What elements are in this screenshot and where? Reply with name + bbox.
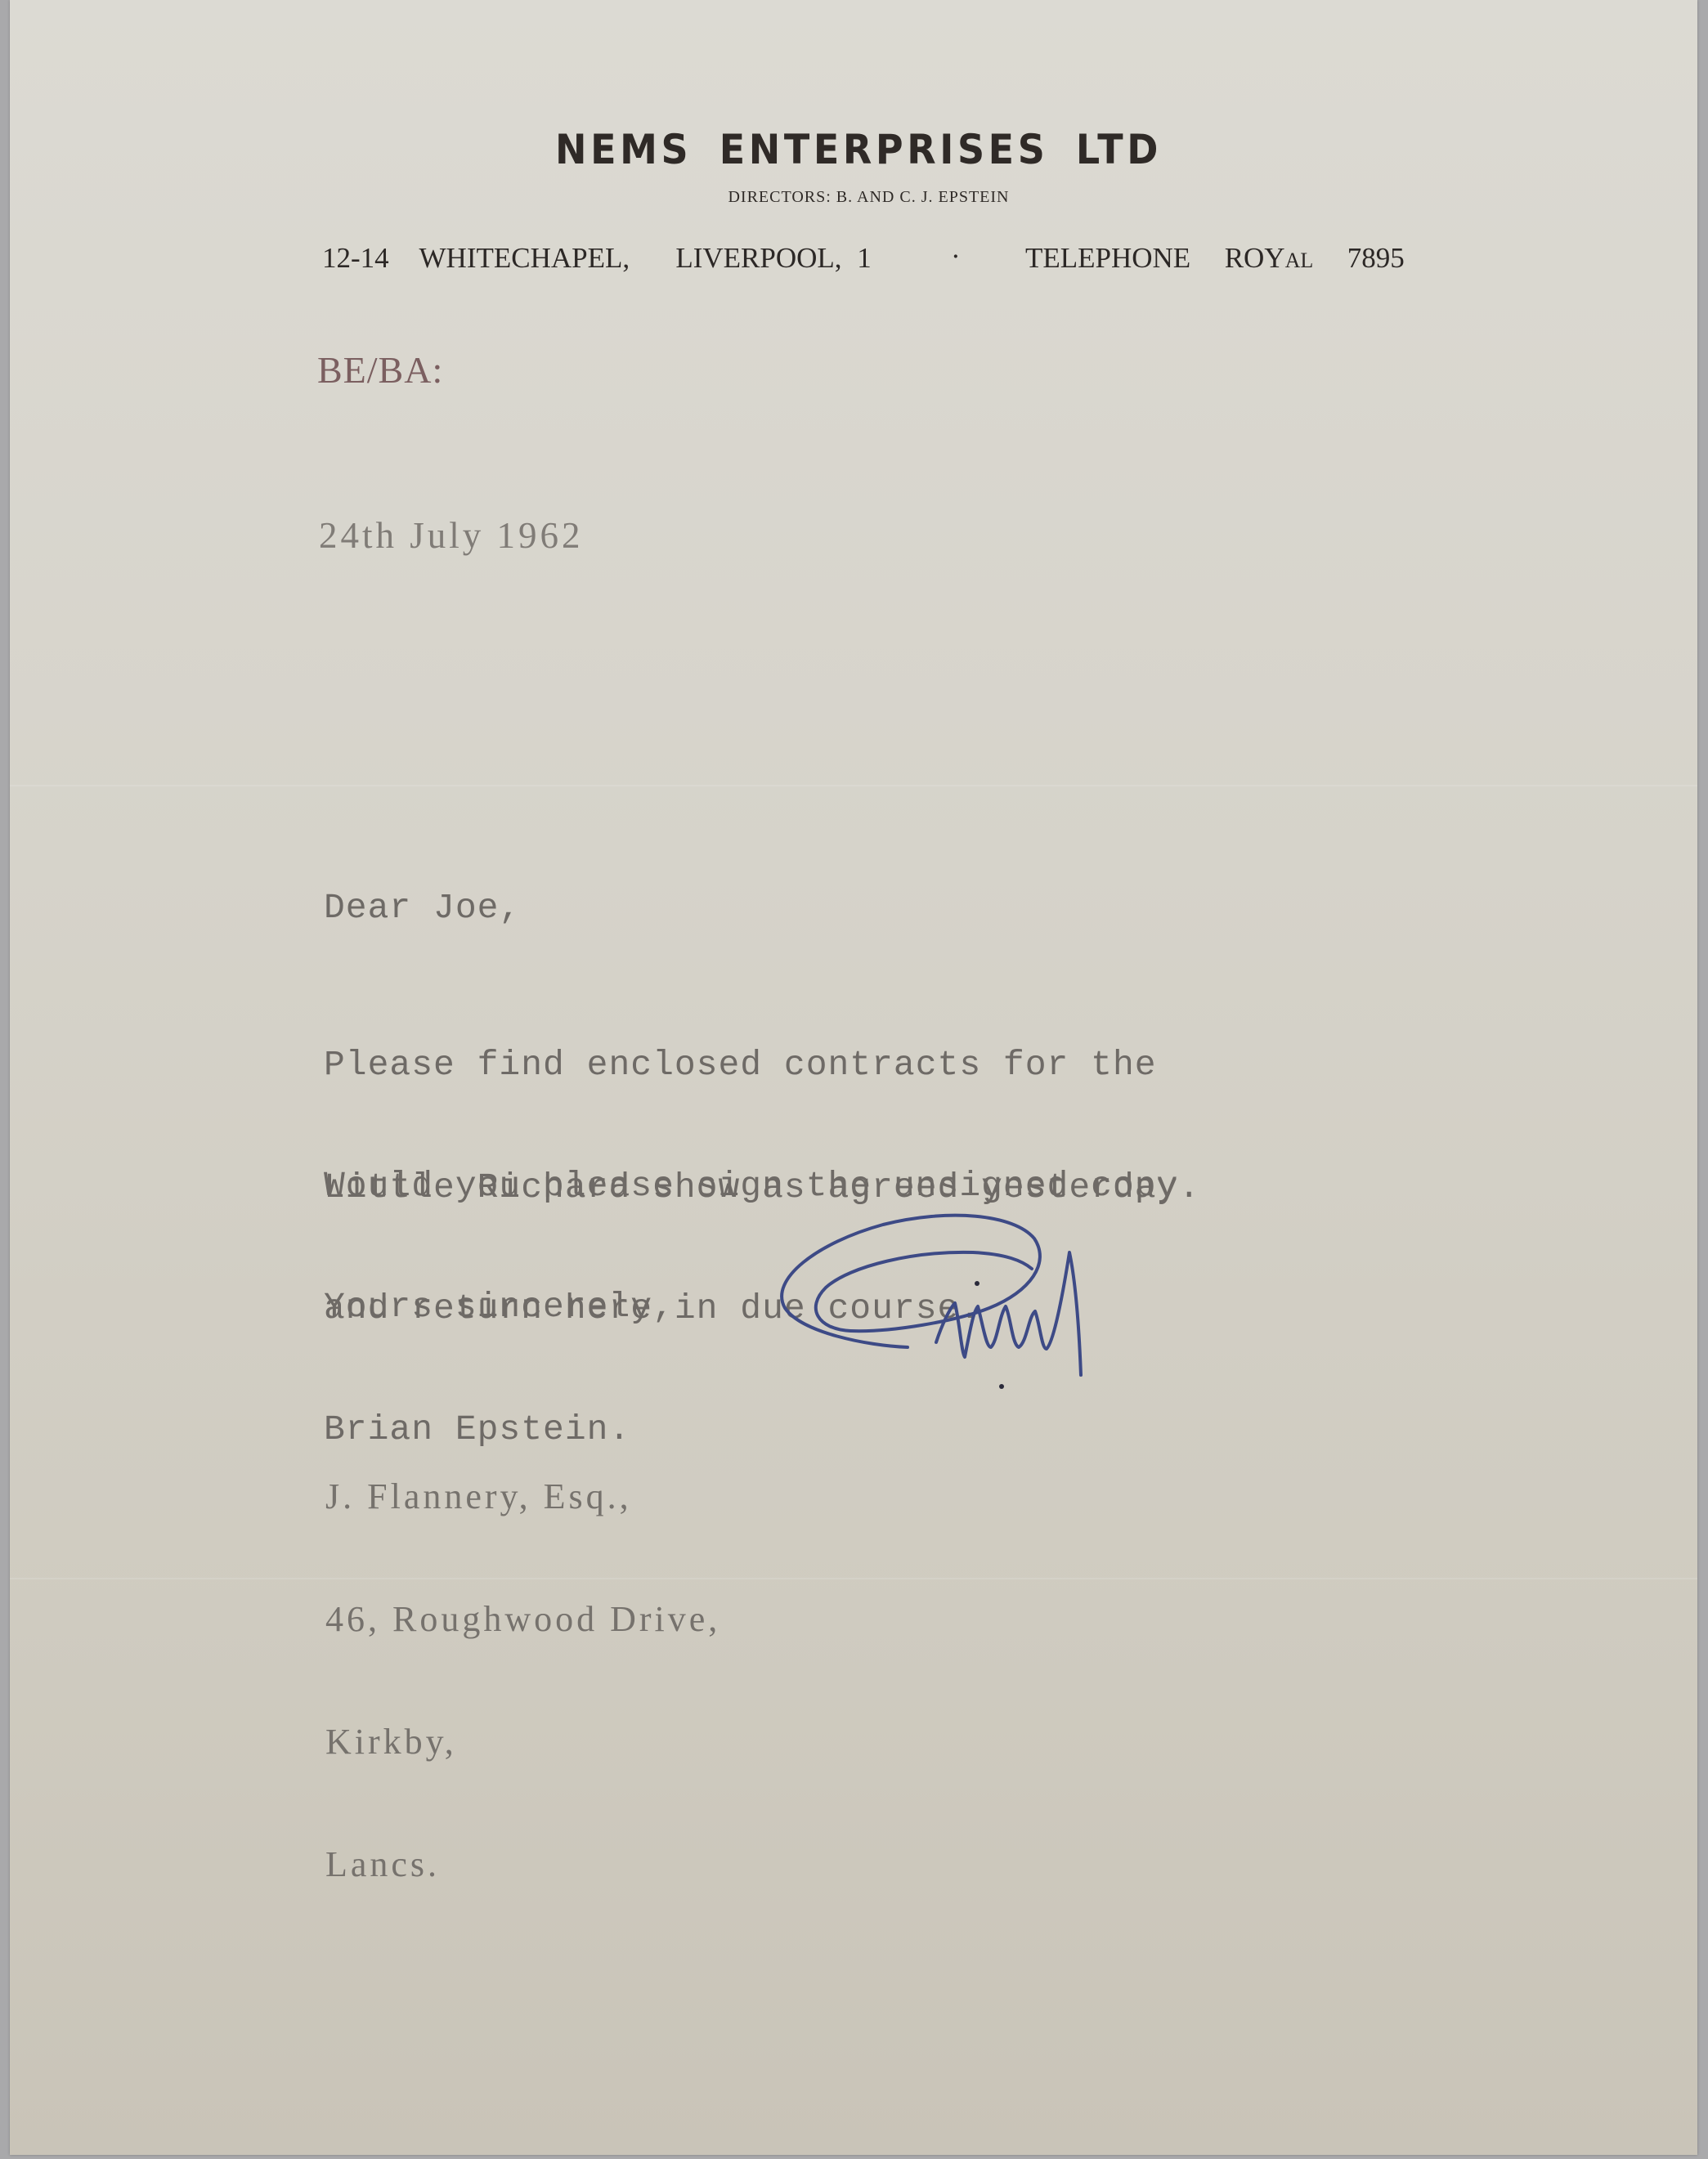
recipient-town: Kirkby, [325, 1722, 720, 1763]
recipient-county: Lancs. [325, 1844, 720, 1885]
separator-dot: · [951, 240, 961, 273]
paper-fold [10, 1578, 1697, 1579]
telephone-exchange-suffix: AL [1285, 249, 1314, 272]
directors-line: DIRECTORS: B. AND C. J. EPSTEIN [0, 188, 1708, 207]
recipient-name: J. Flannery, Esq., [325, 1476, 720, 1517]
company-address: 12-14 WHITECHAPEL, LIVERPOOL, 1 [322, 242, 872, 275]
recipient-address: J. Flannery, Esq., 46, Roughwood Drive, … [325, 1395, 720, 1926]
company-name: NEMS ENTERPRISES LTD [69, 126, 1648, 173]
telephone-label: TELEPHONE ROY [1025, 242, 1285, 274]
handwritten-signature [769, 1202, 1112, 1398]
valediction: Yours sincerely, [324, 1287, 675, 1328]
letter-date: 24th July 1962 [319, 515, 584, 556]
greeting: Dear Joe, [324, 888, 521, 929]
company-telephone: TELEPHONE ROYAL 7895 [1025, 242, 1405, 275]
recipient-street: 46, Roughwood Drive, [325, 1599, 720, 1640]
telephone-number: 7895 [1347, 242, 1405, 274]
body-line: Would you please sign the unsigned copy [324, 1166, 1178, 1207]
body-line: Please find enclosed contracts for the [324, 1045, 1200, 1086]
paper-fold [10, 785, 1697, 786]
reference-code: BE/BA: [317, 350, 443, 391]
